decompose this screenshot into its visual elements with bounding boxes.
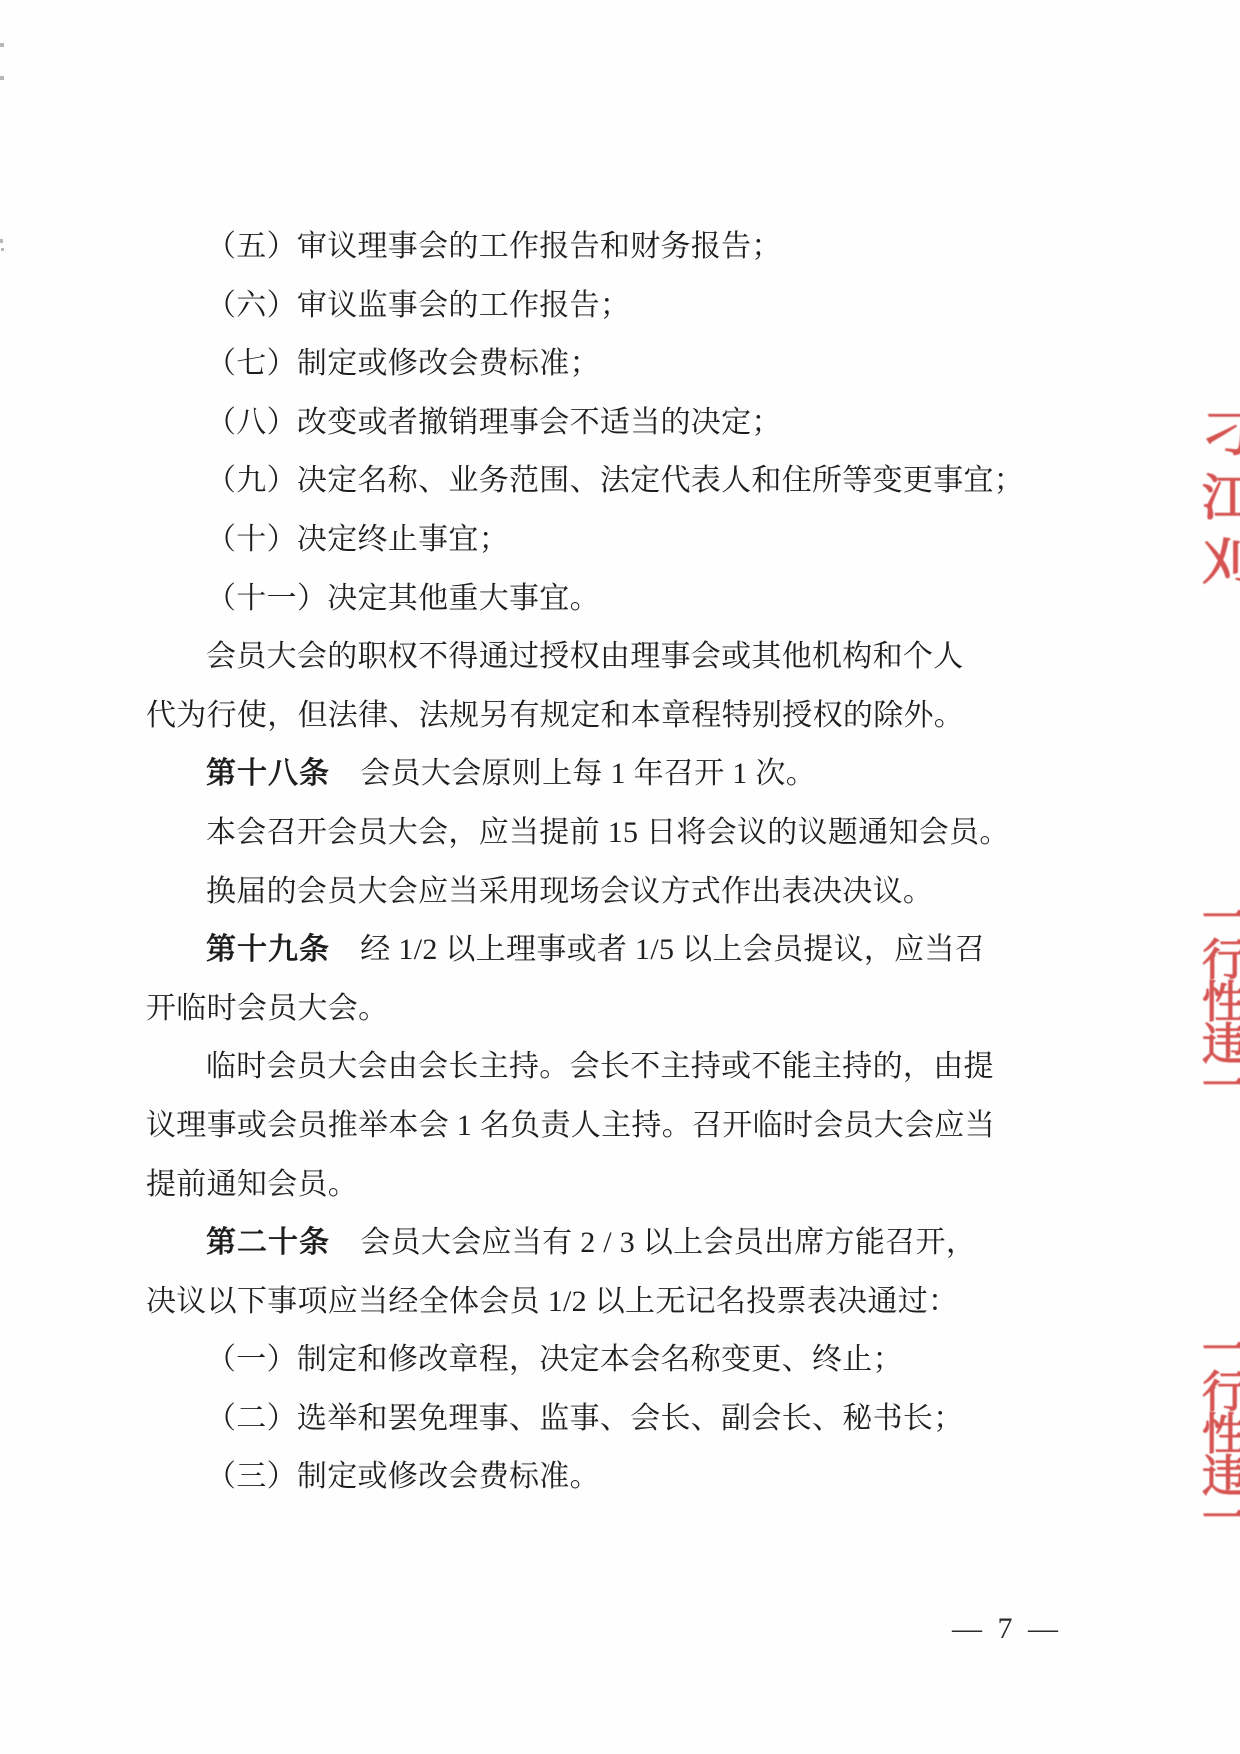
text-segment: 代为行使，但法律、法规另有规定和本章程特别授权的除外。 [146,699,964,732]
article-heading: 第十八条 [206,757,330,790]
stamp-character-icon: 刈 [1202,530,1240,594]
stamp-fragment-bottom: 一行性违一 [1202,1330,1240,1550]
text-segment: 本会召开会员大会，应当提前 15 日将会议的议题通知会员。 [206,816,1010,849]
scan-speck [1,248,4,251]
page-number: — 7 — [952,1612,1062,1646]
stamp-character-icon: 江 [1202,466,1240,530]
stamp-character-icon: 一 [1202,1498,1240,1540]
text-segment: （二）选举和罢免理事、监事、会长、副会长、秘书长； [206,1402,964,1435]
text-segment: （六）审议监事会的工作报告； [206,289,630,322]
text-line: （八）改变或者撤销理事会不适当的决定； [146,394,996,453]
text-line: 议理事或会员推举本会 1 名负责人主持。召开临时会员大会应当 [146,1097,996,1156]
text-segment: （三）制定或修改会费标准。 [206,1460,600,1493]
text-segment: 开临时会员大会。 [146,992,388,1025]
text-line: （六）审议监事会的工作报告； [146,277,996,336]
text-segment: 提前通知会员。 [146,1168,358,1201]
text-line: 提前通知会员。 [146,1156,996,1215]
text-segment: 临时会员大会由会长主持。会长不主持或不能主持的，由提 [206,1050,994,1083]
text-segment: 会员大会原则上每 1 年召开 1 次。 [330,757,816,790]
text-line: 第二十条 会员大会应当有 2 / 3 以上会员出席方能召开， [146,1214,996,1273]
text-segment: （五）审议理事会的工作报告和财务报告； [206,230,782,263]
stamp-character-icon: 性 [1202,982,1240,1024]
stamp-character-icon: 违 [1202,1456,1240,1498]
text-line: 开临时会员大会。 [146,980,996,1039]
text-line: 临时会员大会由会长主持。会长不主持或不能主持的，由提 [146,1038,996,1097]
text-segment: （十一）决定其他重大事宜。 [206,582,600,615]
text-line: （三）制定或修改会费标准。 [146,1448,996,1507]
text-segment: 会员大会应当有 2 / 3 以上会员出席方能召开， [330,1226,976,1259]
text-segment: （七）制定或修改会费标准； [206,347,600,380]
scan-speck [0,76,4,80]
text-line: （九）决定名称、业务范围、法定代表人和住所等变更事宜； [146,452,996,511]
text-line: （十）决定终止事宜； [146,511,996,570]
stamp-fragment-middle: 一行性违一 [1202,898,1240,1118]
stamp-character-icon: 一 [1202,898,1240,940]
text-segment: （十）决定终止事宜； [206,523,509,556]
article-heading: 第二十条 [206,1226,330,1259]
text-segment: 经 1/2 以上理事或者 1/5 以上会员提议，应当召 [330,933,985,966]
text-line: 换届的会员大会应当采用现场会议方式作出表决决议。 [146,863,996,922]
stamp-character-icon: 行 [1202,1372,1240,1414]
text-line: 第十九条 经 1/2 以上理事或者 1/5 以上会员提议，应当召 [146,921,996,980]
text-segment: 议理事或会员推举本会 1 名负责人主持。召开临时会员大会应当 [146,1109,995,1142]
scan-speck [0,239,3,243]
stamp-character-icon: 违 [1202,1024,1240,1066]
stamp-character-icon: 刁 [1202,402,1240,466]
article-heading: 第十九条 [206,933,330,966]
text-segment: 决议以下事项应当经全体会员 1/2 以上无记名投票表决通过： [146,1285,958,1318]
stamp-character-icon: 性 [1202,1414,1240,1456]
text-line: （二）选举和罢免理事、监事、会长、副会长、秘书长； [146,1390,996,1449]
document-body: （五）审议理事会的工作报告和财务报告；（六）审议监事会的工作报告；（七）制定或修… [146,218,996,1507]
text-line: 本会召开会员大会，应当提前 15 日将会议的议题通知会员。 [146,804,996,863]
text-line: （五）审议理事会的工作报告和财务报告； [146,218,996,277]
text-line: 决议以下事项应当经全体会员 1/2 以上无记名投票表决通过： [146,1273,996,1332]
text-line: 会员大会的职权不得通过授权由理事会或其他机构和个人 [146,628,996,687]
text-segment: （八）改变或者撤销理事会不适当的决定； [206,406,782,439]
scan-speck [0,43,4,47]
text-line: 代为行使，但法律、法规另有规定和本章程特别授权的除外。 [146,687,996,746]
text-line: （七）制定或修改会费标准； [146,335,996,394]
text-segment: （九）决定名称、业务范围、法定代表人和住所等变更事宜； [206,464,1024,497]
text-line: （十一）决定其他重大事宜。 [146,570,996,629]
text-line: （一）制定和修改章程，决定本会名称变更、终止； [146,1331,996,1390]
text-line: 第十八条 会员大会原则上每 1 年召开 1 次。 [146,745,996,804]
stamp-character-icon: 一 [1202,1330,1240,1372]
text-segment: 换届的会员大会应当采用现场会议方式作出表决决议。 [206,875,933,908]
text-segment: （一）制定和修改章程，决定本会名称变更、终止； [206,1343,903,1376]
stamp-fragment-top: 刁江刈 [1202,402,1240,604]
text-segment: 会员大会的职权不得通过授权由理事会或其他机构和个人 [206,640,964,673]
stamp-character-icon: 行 [1202,940,1240,982]
document-page: （五）审议理事会的工作报告和财务报告；（六）审议监事会的工作报告；（七）制定或修… [0,0,1240,1754]
stamp-character-icon: 一 [1202,1066,1240,1108]
